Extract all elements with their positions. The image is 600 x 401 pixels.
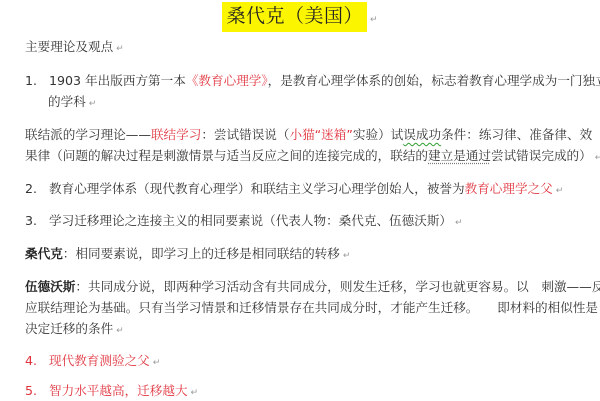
- list-item-5: 5.智力水平越高，迁移越大↵: [25, 380, 198, 401]
- paragraph-mark-icon: ↵: [455, 218, 463, 228]
- list-item-2: 2.教育心理学体系（现代教育心理学）和联结主义学习心理学创始人，被誉为教育心理学…: [25, 178, 563, 202]
- list-item-1: 1.1903 年出版西方第一本《教育心理学》，是教育心理学体系的创始，标志着教育…: [25, 70, 600, 92]
- paragraph-mark-icon: ↵: [556, 186, 564, 196]
- connectionism-paragraph: 联结派的学习理论——联结学习：尝试错误说（小猫“迷箱”实验）试误成功条件：练习律…: [25, 124, 592, 146]
- list-item-4: 4.现代教育测验之父↵: [25, 350, 160, 374]
- paragraph-mark-icon: ↵: [116, 44, 124, 54]
- paragraph-mark-icon: ↵: [343, 251, 351, 261]
- list-item-3: 3.学习迁移理论之连接主义的相同要素说（代表人物：桑代克、伍德沃斯）↵: [25, 210, 463, 234]
- list-text: ，是教育心理学体系的创始，标志着教育心理学成为一门独立: [268, 73, 600, 88]
- paragraph-text: 应联结理论为基础。只有当学习情景和迁移情景存在共同成分时，才能产生迁移。 即材料…: [25, 300, 598, 315]
- paragraph-mark-icon: ↵: [595, 153, 600, 163]
- section-heading-text: 主要理论及观点: [25, 39, 113, 54]
- woodworth-paragraph-line2: 应联结理论为基础。只有当学习情景和迁移情景存在共同成分时，才能产生迁移。 即材料…: [25, 297, 598, 319]
- connectionism-paragraph-line2: 果律（问题的解决过程是刺激情景与适当反应之间的连接完成的，联结的建立是通过尝试错…: [25, 145, 600, 169]
- paragraph-text: 联结派的学习理论——: [25, 127, 151, 142]
- paragraph-text: 实验）试: [353, 127, 403, 142]
- document-page: 桑代克（美国）↵ 主要理论及观点↵ 1.1903 年出版西方第一本《教育心理学》…: [0, 0, 600, 401]
- list-number: 4.: [25, 350, 49, 372]
- underlined-text: 建立是通过: [428, 148, 491, 163]
- page-title: 桑代克（美国）: [222, 2, 367, 32]
- paragraph-mark-icon: ↵: [370, 15, 378, 25]
- list-number: 3.: [25, 210, 49, 232]
- list-text: 学习迁移理论之连接主义的相同要素说（代表人物：桑代克、伍德沃斯）: [49, 213, 452, 228]
- paragraph-text: 果律（问题的解决过程是刺激情景与适当反应之间的连接完成的，联结的: [25, 148, 428, 163]
- paragraph-text: ：尝试错误说（: [201, 127, 289, 142]
- list-item-1-continued: 的学科↵: [48, 91, 96, 115]
- highlight-term: 小猫“迷箱”: [289, 127, 352, 142]
- paragraph-text: 条件：练习律、准备律、效: [441, 127, 592, 142]
- paragraph-mark-icon: ↵: [191, 388, 199, 398]
- paragraph-mark-icon: ↵: [153, 358, 161, 368]
- list-text: 的学科: [48, 94, 86, 109]
- bold-label: 伍德沃斯: [25, 279, 75, 294]
- list-text: 智力水平越高，迁移越大: [49, 383, 188, 398]
- paragraph-text: 尝试错误完成的）: [491, 148, 592, 163]
- section-heading: 主要理论及观点↵: [25, 36, 124, 60]
- woodworth-paragraph: 伍德沃斯：共同成分说，即两种学习活动含有共同成分，则发生迁移，学习也就更容易。以…: [25, 276, 600, 298]
- thorndike-paragraph: 桑代克：相同要素说，即学习上的迁移是相同联结的转移↵: [25, 243, 350, 267]
- paragraph-mark-icon: ↵: [116, 326, 124, 336]
- woodworth-paragraph-line3: 决定迁移的条件↵: [25, 318, 124, 342]
- list-number: 1.: [25, 70, 49, 92]
- paragraph-text: ：共同成分说，即两种学习活动含有共同成分，则发生迁移，学习也就更容易。以 刺激—…: [75, 279, 600, 294]
- highlight-term: 联结学习: [151, 127, 201, 142]
- title-row: 桑代克（美国）↵: [0, 2, 600, 32]
- list-text: 教育心理学体系（现代教育心理学）和联结主义学习心理学创始人，被誉为: [49, 181, 465, 196]
- list-number: 2.: [25, 178, 49, 200]
- spellcheck-underlined-text: 误成功: [403, 127, 441, 142]
- list-text: 现代教育测验之父: [49, 353, 150, 368]
- book-title: 《教育心理学》: [186, 73, 268, 88]
- paragraph-text: ：相同要素说，即学习上的迁移是相同联结的转移: [63, 246, 340, 261]
- bold-label: 桑代克: [25, 246, 63, 261]
- paragraph-text: 决定迁移的条件: [25, 321, 113, 336]
- list-number: 5.: [25, 380, 49, 401]
- paragraph-mark-icon: ↵: [89, 99, 97, 109]
- highlight-term: 教育心理学之父: [465, 181, 553, 196]
- list-text: 1903 年出版西方第一本: [49, 73, 186, 88]
